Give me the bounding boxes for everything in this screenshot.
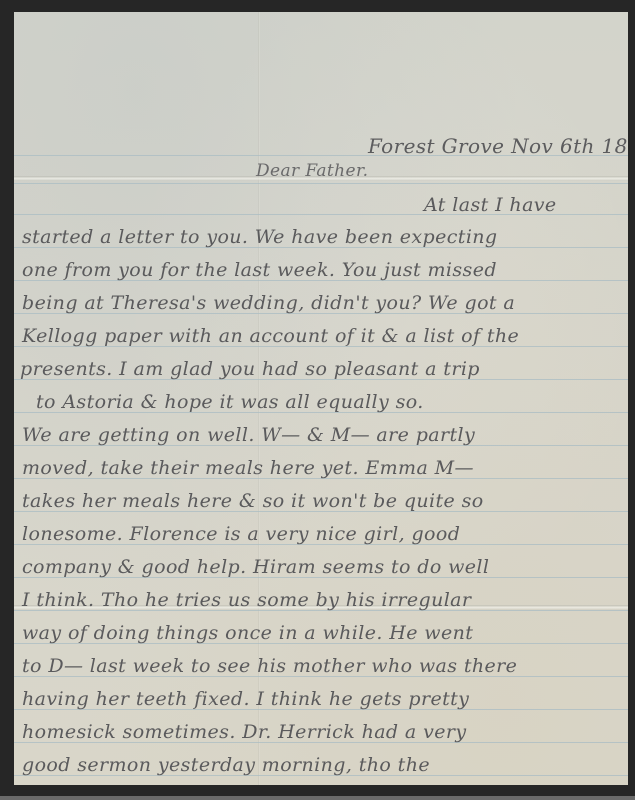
letter-page: Forest Grove Nov 6th 1882 Dear Father. A… bbox=[14, 12, 628, 785]
letter-line: presents. I am glad you had so pleasant … bbox=[20, 360, 480, 379]
letter-line: to Astoria & hope it was all equally so. bbox=[36, 393, 424, 412]
letter-line: At last I have bbox=[424, 196, 557, 215]
rule-line bbox=[14, 183, 628, 184]
letter-line: having her teeth fixed. I think he gets … bbox=[22, 690, 469, 709]
letter-line: started a letter to you. We have been ex… bbox=[22, 228, 498, 247]
letter-line: I think. Tho he tries us some by his irr… bbox=[22, 591, 471, 610]
letter-line: good sermon yesterday morning, tho the bbox=[22, 756, 430, 775]
letter-place-date: Forest Grove Nov 6th 1882 bbox=[368, 136, 628, 156]
letter-line: company & good help. Hiram seems to do w… bbox=[22, 558, 489, 577]
letter-line: way of doing things once in a while. He … bbox=[22, 624, 473, 643]
letter-line: homesick sometimes. Dr. Herrick had a ve… bbox=[22, 723, 467, 742]
letter-line: Kellogg paper with an account of it & a … bbox=[22, 327, 519, 346]
letter-salutation: Dear Father. bbox=[256, 163, 368, 180]
letter-line: being at Theresa's wedding, didn't you? … bbox=[22, 294, 515, 313]
letter-line: lonesome. Florence is a very nice girl, … bbox=[22, 525, 460, 544]
letter-line: takes her meals here & so it won't be qu… bbox=[22, 492, 484, 511]
letter-line: We are getting on well. W— & M— are part… bbox=[22, 426, 475, 445]
letter-line: moved, take their meals here yet. Emma M… bbox=[22, 459, 474, 478]
scan-frame: Forest Grove Nov 6th 1882 Dear Father. A… bbox=[0, 0, 635, 800]
letter-line: to D— last week to see his mother who wa… bbox=[22, 657, 517, 676]
letter-line: one from you for the last week. You just… bbox=[22, 261, 497, 280]
